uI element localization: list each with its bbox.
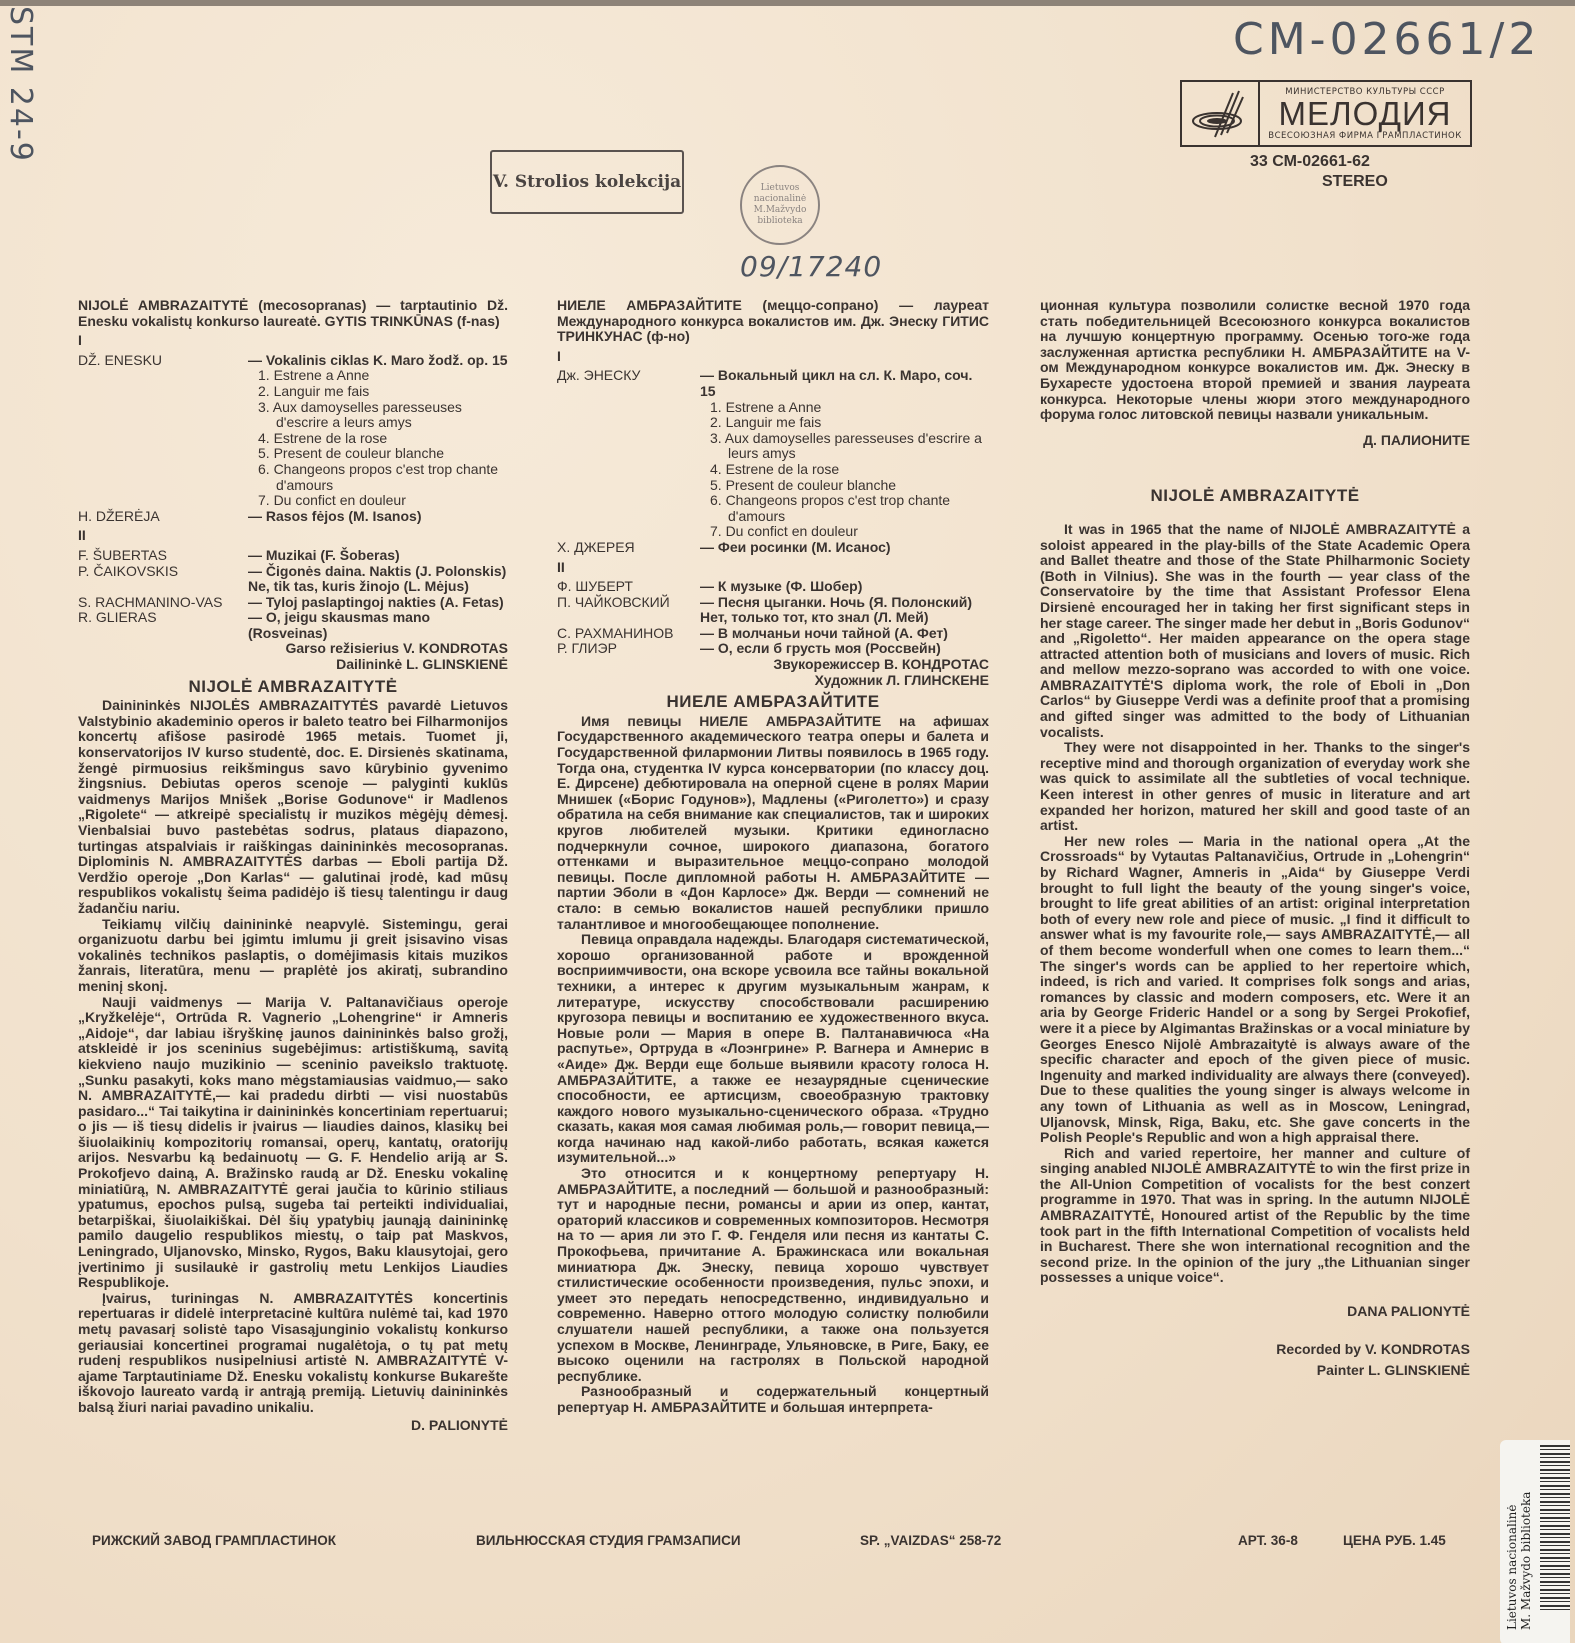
composer: П. ЧАЙКОВСКИЙ xyxy=(557,595,700,626)
library-stamp: Lietuvos nacionalinė M.Mažvydo bibliotek… xyxy=(740,165,820,245)
ru-credit-art: Художник Л. ГЛИНСКЕНЕ xyxy=(557,673,989,689)
song: 6. Changeons propos c'est trop chante d'… xyxy=(258,462,508,493)
song: 2. Languir me fais xyxy=(258,384,508,400)
composer: R. GLIERAS xyxy=(78,610,248,641)
russian-column: НИЕЛЕ АМБРАЗАЙТИТЕ (меццо-сопрано) — лау… xyxy=(557,298,989,1416)
logo-brand: МЕЛОДИЯ xyxy=(1279,97,1452,131)
composer: F. ŠUBERTAS xyxy=(78,548,248,564)
work: — O, jeigu skausmas mano (Rosveinas) xyxy=(248,610,508,641)
song-list: 1. Estrene a Anne 2. Languir me fais 3. … xyxy=(78,368,508,508)
barcode xyxy=(1540,1445,1570,1610)
track-row: P. ČAIKOVSKIS— Čigonės daina. Naktis (J.… xyxy=(78,564,508,595)
work: — Tyloj paslaptingoj nakties (A. Fetas) xyxy=(248,595,508,611)
track-row: Х. ДЖЕРЕЯ— Феи росинки (М. Исанос) xyxy=(557,540,989,556)
ru-bio-continued: ционная культура позволили солистке весн… xyxy=(1040,298,1470,423)
lt-bio-title: NIJOLĖ AMBRAZAITYTĖ xyxy=(78,679,508,695)
composer: Р. ГЛИЭР xyxy=(557,641,700,657)
footer-price: ЦЕНА РУБ. 1.45 xyxy=(1343,1533,1446,1548)
song: 3. Aux damoyselles paresseuses d'escrire… xyxy=(258,400,508,431)
library-stamp-line: nacionalinė xyxy=(754,194,807,205)
barcode-label-text: Lietuvos nacionalinė M. Mažvydo bibliote… xyxy=(1505,1492,1533,1630)
melodiya-record-icon xyxy=(1182,82,1260,145)
song: 5. Present de couleur blanche xyxy=(710,478,989,494)
catalog-info: 33 СМ-02661-62 STEREO xyxy=(1250,152,1388,192)
footer-studio: ВИЛЬНЮССКАЯ СТУДИЯ ГРАМЗАПИСИ xyxy=(476,1533,741,1548)
lt-side-1: I xyxy=(78,333,508,349)
work: — Феи росинки (М. Исанос) xyxy=(700,540,989,556)
track-row: Р. ГЛИЭР— О, если б грусть моя (Россвейн… xyxy=(557,641,989,657)
song-list: 1. Estrene a Anne 2. Languir me fais 3. … xyxy=(557,400,989,540)
track-row: Дж. ЭНЕСКУ— Вокальный цикл на сл. К. Мар… xyxy=(557,368,989,399)
track-row: П. ЧАЙКОВСКИЙ— Песня цыганки. Ночь (Я. П… xyxy=(557,595,989,626)
track-row: S. RACHMANINO-VAS— Tyloj paslaptingoj na… xyxy=(78,595,508,611)
work: — Muzikai (F. Šoberas) xyxy=(248,548,508,564)
song: 5. Present de couleur blanche xyxy=(258,446,508,462)
ru-bio-title: НИЕЛЕ АМБРАЗАЙТИТЕ xyxy=(557,694,989,710)
ru-credit-sound: Звукорежиссер В. КОНДРОТАС xyxy=(557,657,989,673)
lithuanian-column: NIJOLĖ AMBRAZAITYTĖ (mecosopranas) — tar… xyxy=(78,298,508,1433)
collection-stamp: V. Strolios kolekcija xyxy=(490,150,684,214)
composer: Ф. ШУБЕРТ xyxy=(557,579,700,595)
en-bio-paragraph: It was in 1965 that the name of NIJOLĖ A… xyxy=(1040,522,1470,740)
sleeve-top-edge xyxy=(0,0,1575,6)
library-stamp-line: Lietuvos xyxy=(761,183,800,194)
footer-printer: SP. „VAIZDAS“ 258-72 xyxy=(860,1533,1001,1548)
song: 4. Estrene de la rose xyxy=(710,462,989,478)
track-row: Ф. ШУБЕРТ— К музыке (Ф. Шобер) xyxy=(557,579,989,595)
lt-header: NIJOLĖ AMBRAZAITYTĖ (mecosopranas) — tar… xyxy=(78,298,508,329)
melodiya-logo: МИНИСТЕРСТВО КУЛЬТУРЫ СССР МЕЛОДИЯ ВСЕСО… xyxy=(1180,80,1472,147)
composer: P. ČAIKOVSKIS xyxy=(78,564,248,595)
work: — Vokalinis ciklas K. Maro žodž. op. 15 xyxy=(248,353,508,369)
work: — В молчаньи ночи тайной (А. Фет) xyxy=(700,626,989,642)
lt-side-2: II xyxy=(78,528,508,544)
barcode-label-line: Lietuvos nacionalinė xyxy=(1505,1492,1519,1630)
work: — О, если б грусть моя (Россвейн) xyxy=(700,641,989,657)
ru-side-2: II xyxy=(557,560,989,576)
work: — Вокальный цикл на сл. К. Маро, соч. 15 xyxy=(700,368,989,399)
composer: Х. ДЖЕРЕЯ xyxy=(557,540,700,556)
format-label: STEREO xyxy=(1250,172,1388,192)
en-credit-art: Painter L. GLINSKIENĖ xyxy=(1040,1363,1470,1379)
composer: С. РАХМАНИНОВ xyxy=(557,626,700,642)
ru-bio-paragraph: Это относится и к концертному репертуару… xyxy=(557,1166,989,1384)
en-credit-sound: Recorded by V. KONDROTAS xyxy=(1040,1342,1470,1358)
ru-bio-paragraph: Разнообразный и содержательный концертны… xyxy=(557,1384,989,1415)
handwritten-inventory-number: 09/17240 xyxy=(740,250,882,283)
en-bio-title: NIJOLĖ AMBRAZAITYTĖ xyxy=(1040,488,1470,504)
song: 2. Languir me fais xyxy=(710,415,989,431)
en-bio-paragraph: Rich and varied repertoire, her manner a… xyxy=(1040,1146,1470,1286)
en-signature: DANA PALIONYTĖ xyxy=(1040,1304,1470,1320)
ru-bio-paragraph: Певица оправдала надежды. Благодаря сист… xyxy=(557,932,989,1166)
lt-bio-paragraph: Teikiamų vilčių dainininkė neapvylė. Sis… xyxy=(78,917,508,995)
ru-signature: Д. ПАЛИОНИТЕ xyxy=(1040,433,1470,449)
ru-header: НИЕЛЕ АМБРАЗАЙТИТЕ (меццо-сопрано) — лау… xyxy=(557,298,989,345)
song: 3. Aux damoyselles paresseuses d'escrire… xyxy=(710,431,989,462)
barcode-label-line: M. Mažvydo biblioteka xyxy=(1519,1492,1533,1630)
composer: DŽ. ENESKU xyxy=(78,353,248,369)
lt-bio-paragraph: Įvairus, turiningas N. AMBRAZAITYTĖS kon… xyxy=(78,1291,508,1416)
song: 1. Estrene a Anne xyxy=(710,400,989,416)
work: — К музыке (Ф. Шобер) xyxy=(700,579,989,595)
english-column: ционная культура позволили солистке весн… xyxy=(1040,298,1470,1379)
composer: H. DŽERĖJA xyxy=(78,509,248,525)
library-stamp-line: biblioteka xyxy=(757,216,802,227)
composer: Дж. ЭНЕСКУ xyxy=(557,368,700,399)
work: — Rasos fėjos (M. Isanos) xyxy=(248,509,508,525)
logo-firm: ВСЕСОЮЗНАЯ ФИРМА ГРАМПЛАСТИНОК xyxy=(1268,131,1462,141)
song: 1. Estrene a Anne xyxy=(258,368,508,384)
footer-article: АРТ. 36-8 xyxy=(1238,1533,1298,1548)
en-bio-paragraph: Her new roles — Maria in the national op… xyxy=(1040,834,1470,1146)
lt-bio-paragraph: Dainininkės NIJOLĖS AMBRAZAITYTĖS pavard… xyxy=(78,698,508,916)
song: 7. Du confict en douleur xyxy=(258,493,508,509)
ru-bio-paragraph: Имя певицы НИЕЛЕ АМБРАЗАЙТИТЕ на афишах … xyxy=(557,714,989,932)
track-row: С. РАХМАНИНОВ— В молчаньи ночи тайной (А… xyxy=(557,626,989,642)
footer-plant: РИЖСКИЙ ЗАВОД ГРАМПЛАСТИНОК xyxy=(92,1533,336,1548)
lt-credit-sound: Garso režisierius V. KONDROTAS xyxy=(78,641,508,657)
work: — Песня цыганки. Ночь (Я. Полонский) Нет… xyxy=(700,595,989,626)
work: — Čigonės daina. Naktis (J. Polonskis) N… xyxy=(248,564,508,595)
catalog-number: 33 СМ-02661-62 xyxy=(1250,153,1370,170)
handwritten-catalog-number: CM-02661/2 xyxy=(1233,14,1540,65)
song: 7. Du confict en douleur xyxy=(710,524,989,540)
handwritten-side-number: STM 24-9 xyxy=(3,6,38,163)
lt-bio-paragraph: Nauji vaidmenys — Marija V. Paltanavičia… xyxy=(78,995,508,1291)
lt-credit-art: Dailininkė L. GLINSKIENĖ xyxy=(78,657,508,673)
library-stamp-line: M.Mažvydo xyxy=(754,205,807,216)
lt-signature: D. PALIONYTĖ xyxy=(78,1418,508,1434)
composer: S. RACHMANINO-VAS xyxy=(78,595,248,611)
track-row: DŽ. ENESKU— Vokalinis ciklas K. Maro žod… xyxy=(78,353,508,369)
track-row: H. DŽERĖJA— Rasos fėjos (M. Isanos) xyxy=(78,509,508,525)
track-row: F. ŠUBERTAS— Muzikai (F. Šoberas) xyxy=(78,548,508,564)
song: 6. Changeons propos c'est trop chante d'… xyxy=(710,493,989,524)
track-row: R. GLIERAS— O, jeigu skausmas mano (Rosv… xyxy=(78,610,508,641)
ru-side-1: I xyxy=(557,349,989,365)
en-bio-paragraph: They were not disappointed in her. Thank… xyxy=(1040,740,1470,834)
song: 4. Estrene de la rose xyxy=(258,431,508,447)
